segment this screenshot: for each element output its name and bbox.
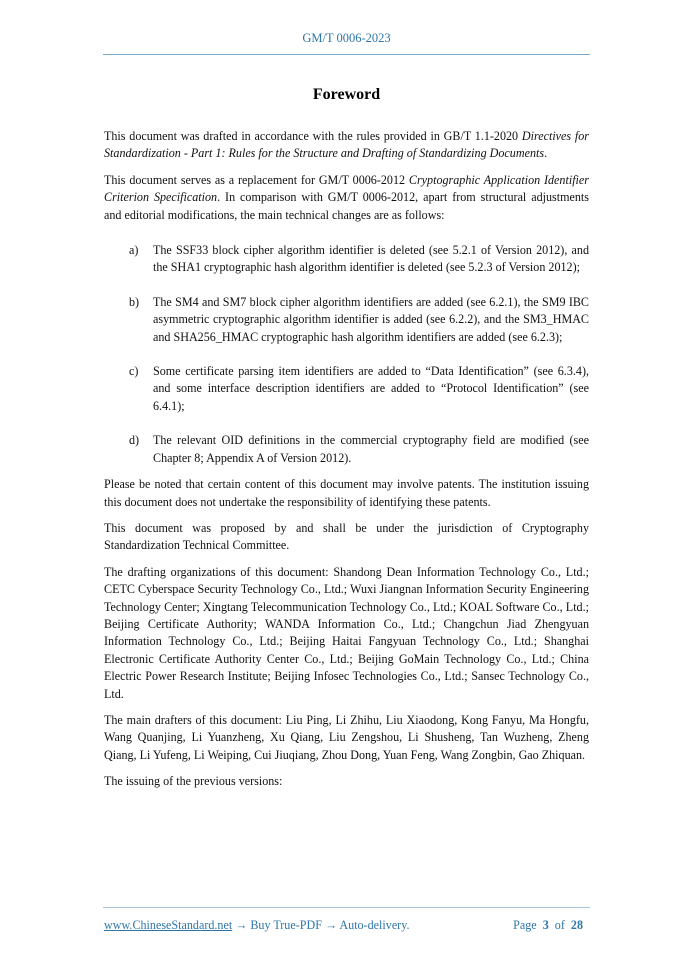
- footer-divider: [103, 907, 590, 908]
- list-item: a) The SSF33 block cipher algorithm iden…: [104, 242, 589, 277]
- paragraph-replacement: This document serves as a replacement fo…: [104, 172, 589, 224]
- list-item: c) Some certificate parsing item identif…: [104, 363, 589, 415]
- footer-promo: www.ChineseStandard.net → Buy True-PDF →…: [104, 918, 410, 932]
- paragraph-drafting-rules: This document was drafted in accordance …: [104, 128, 589, 163]
- text: .: [544, 146, 547, 160]
- chinesestandard-link[interactable]: www.ChineseStandard.net: [104, 918, 232, 932]
- page-title: Foreword: [103, 86, 590, 104]
- text: This document serves as a replacement fo…: [104, 173, 409, 187]
- running-header: GM/T 0006-2023: [103, 31, 590, 46]
- list-marker: d): [129, 432, 139, 449]
- page-total: 28: [571, 918, 583, 932]
- paragraph-main-drafters: The main drafters of this document: Liu …: [104, 712, 589, 764]
- paragraph-proposed-by: This document was proposed by and shall …: [104, 520, 589, 555]
- arrow-right-icon: →: [235, 918, 247, 932]
- text: This document was drafted in accordance …: [104, 129, 522, 143]
- list-item: b) The SM4 and SM7 block cipher algorith…: [104, 294, 589, 346]
- document-body: This document was drafted in accordance …: [104, 128, 589, 800]
- footer-step-buy: Buy True-PDF: [247, 918, 325, 932]
- page-label: Page: [513, 918, 537, 932]
- list-item-text: The SSF33 block cipher algorithm identif…: [153, 243, 589, 274]
- page-footer: www.ChineseStandard.net → Buy True-PDF →…: [104, 918, 589, 933]
- list-item-text: The SM4 and SM7 block cipher algorithm i…: [153, 295, 589, 344]
- footer-step-delivery: Auto-delivery.: [337, 918, 409, 932]
- page-of: of: [555, 918, 565, 932]
- paragraph-drafting-organizations: The drafting organizations of this docum…: [104, 564, 589, 703]
- list-item-text: Some certificate parsing item identifier…: [153, 364, 589, 413]
- page-current: 3: [543, 918, 549, 932]
- technical-changes-list: a) The SSF33 block cipher algorithm iden…: [104, 242, 589, 467]
- list-marker: c): [129, 363, 138, 380]
- list-item: d) The relevant OID definitions in the c…: [104, 432, 589, 467]
- page-number: Page 3 of 28: [513, 918, 583, 933]
- paragraph-previous-versions: The issuing of the previous versions:: [104, 773, 589, 790]
- arrow-right-icon: →: [325, 918, 337, 932]
- paragraph-patents: Please be noted that certain content of …: [104, 476, 589, 511]
- list-marker: a): [129, 242, 138, 259]
- list-marker: b): [129, 294, 139, 311]
- header-divider: [103, 54, 590, 55]
- list-item-text: The relevant OID definitions in the comm…: [153, 433, 589, 464]
